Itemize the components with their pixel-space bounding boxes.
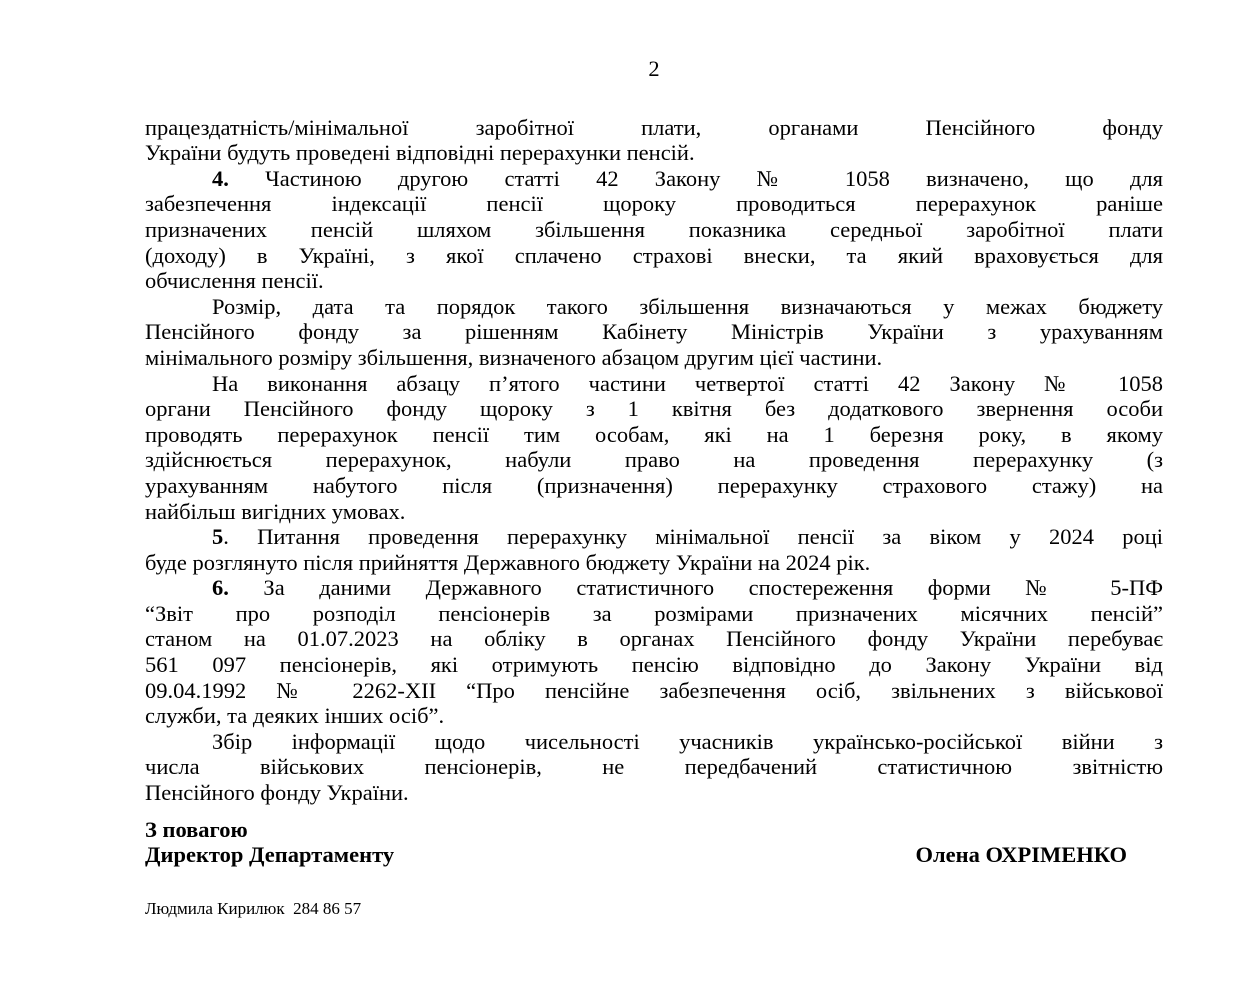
document-content: 2 працездатність/мінімальної заробітної … xyxy=(145,56,1163,919)
text-line: України будуть проведені відповідні пере… xyxy=(145,140,1163,166)
paragraph: Розмір, дата та порядок такого збільшенн… xyxy=(145,294,1163,371)
document-body: працездатність/мінімальної заробітної пл… xyxy=(145,115,1163,806)
text-line: 4. Частиною другою статті 42 Закону № 10… xyxy=(145,166,1163,192)
text-line: “Звіт про розподіл пенсіонерів за розмір… xyxy=(145,601,1163,627)
text-line: На виконання абзацу п’ятого частини четв… xyxy=(145,371,1163,397)
paragraph: На виконання абзацу п’ятого частини четв… xyxy=(145,371,1163,525)
text-line: мінімального розміру збільшення, визначе… xyxy=(145,345,1163,371)
text-line: 6. За даними Державного статистичного сп… xyxy=(145,575,1163,601)
text-line: числа військових пенсіонерів, не передба… xyxy=(145,754,1163,780)
text-line: станом на 01.07.2023 на обліку в органах… xyxy=(145,626,1163,652)
document-page: 2 працездатність/мінімальної заробітної … xyxy=(0,0,1236,983)
paragraph-number: 4. xyxy=(212,166,229,191)
signature-block: З повагою Директор Департаменту Олена ОХ… xyxy=(145,817,1163,868)
text-line: буде розглянуто після прийняття Державно… xyxy=(145,550,1163,576)
text-line: забезпечення індексації пенсії щороку пр… xyxy=(145,191,1163,217)
paragraph: 4. Частиною другою статті 42 Закону № 10… xyxy=(145,166,1163,294)
text-line: Пенсійного фонду за рішенням Кабінету Мі… xyxy=(145,319,1163,345)
text-line: (доходу) в Україні, з якої сплачено стра… xyxy=(145,243,1163,269)
text-line: Пенсійного фонду України. xyxy=(145,780,1163,806)
signer-name: Олена ОХРІМЕНКО xyxy=(916,842,1163,868)
text-line: 561 097 пенсіонерів, які отримують пенсі… xyxy=(145,652,1163,678)
paragraph-number: 5 xyxy=(212,524,223,549)
page-number: 2 xyxy=(145,56,1163,82)
text-line: найбільш вигідних умовах. xyxy=(145,499,1163,525)
paragraph: 6. За даними Державного статистичного сп… xyxy=(145,575,1163,729)
text-line: працездатність/мінімальної заробітної пл… xyxy=(145,115,1163,141)
text-line: 5. Питання проведення перерахунку мініма… xyxy=(145,524,1163,550)
text-line: Розмір, дата та порядок такого збільшенн… xyxy=(145,294,1163,320)
text-line: 09.04.1992 № 2262-XII “Про пенсійне забе… xyxy=(145,678,1163,704)
paragraph-number: 6. xyxy=(212,575,229,600)
text-line: обчислення пенсії. xyxy=(145,268,1163,294)
signature-row: Директор Департаменту Олена ОХРІМЕНКО xyxy=(145,842,1163,868)
text-line: урахуванням набутого після (призначення)… xyxy=(145,473,1163,499)
signature-salutation: З повагою xyxy=(145,817,1163,843)
text-line: служби, та деяких інших осіб”. xyxy=(145,703,1163,729)
executor-contact: Людмила Кирилюк 284 86 57 xyxy=(145,899,1163,919)
text-line: здійснюється перерахунок, набули право н… xyxy=(145,447,1163,473)
paragraph: Збір інформації щодо чисельності учасник… xyxy=(145,729,1163,806)
signer-title: Директор Департаменту xyxy=(145,842,394,868)
paragraph: 5. Питання проведення перерахунку мініма… xyxy=(145,524,1163,575)
text-line: проводять перерахунок пенсії тим особам,… xyxy=(145,422,1163,448)
text-line: Збір інформації щодо чисельності учасник… xyxy=(145,729,1163,755)
text-line: органи Пенсійного фонду щороку з 1 квітн… xyxy=(145,396,1163,422)
paragraph: працездатність/мінімальної заробітної пл… xyxy=(145,115,1163,166)
text-line: призначених пенсій шляхом збільшення пок… xyxy=(145,217,1163,243)
